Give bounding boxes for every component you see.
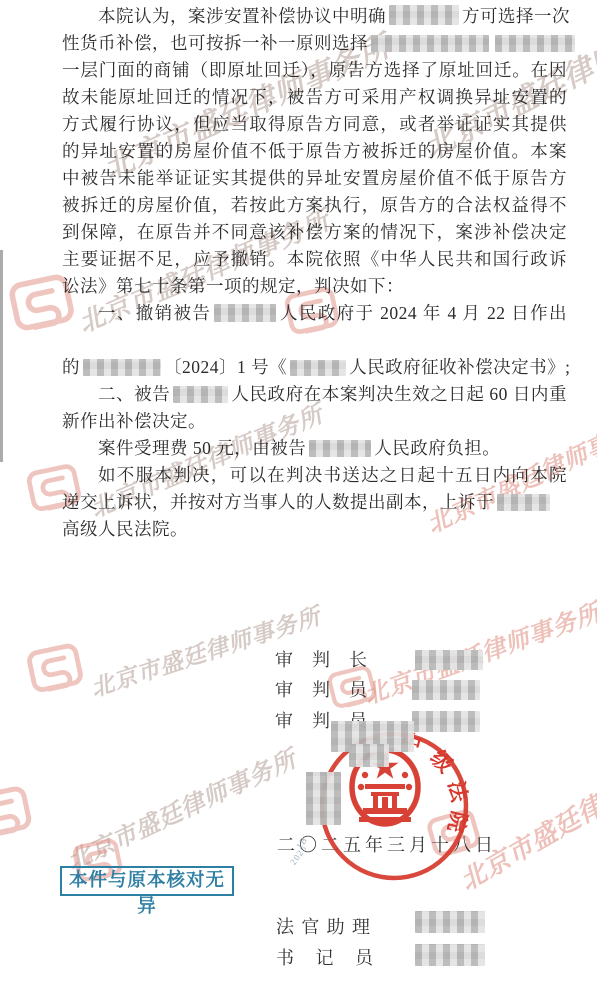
document-text: 性货币补偿，也可按拆一补一原则选择 [62, 33, 368, 53]
watermark-text: 北京市盛廷律师事务所 [63, 747, 301, 876]
redacted-text [495, 35, 575, 52]
document-text: 方可选择一次 [462, 6, 570, 26]
document-text: 二、被告 [98, 384, 170, 404]
redacted-name [415, 911, 485, 933]
document-line: 案件受理费 50 元，由被告人民政府负担。 [62, 435, 567, 462]
judge-label: 审判员 [275, 676, 367, 702]
document-text: 案件受理费 50 元，由被告 [98, 438, 306, 458]
document-text: 被拆迁的房屋价值，若按此方案执行，原告方的合法权益得不 [62, 195, 567, 215]
document-text: 如不服本判决，可以在判决书送达之日起十五日内向本院 [98, 465, 567, 485]
seal-ring-char: 院 [443, 809, 471, 835]
redacted-name [412, 711, 480, 732]
document-text: 讼法》第七十条第一项的规定，判决如下： [62, 276, 404, 296]
label-char: 助 [327, 913, 345, 939]
document-line: 如不服本判决，可以在判决书送达之日起十五日内向本院 [62, 462, 567, 489]
document-text: 故未能原址回迁的情况下，被告方可采用产权调换异址安置的 [62, 87, 567, 107]
document-line: 本院认为，案涉安置补偿协议中明确方可选择一次 [62, 3, 567, 30]
document-text: 的异址安置的房屋价值不低于原告方被拆迁的房屋价值。本案 [62, 141, 567, 161]
document-line: 故未能原址回迁的情况下，被告方可采用产权调换异址安置的 [62, 84, 567, 111]
document-line: 二、被告人民政府在本案判决生效之日起 60 日内重 [62, 381, 567, 408]
document-line: 性货币补偿，也可按拆一补一原则选择 [62, 30, 567, 57]
redacted-text [309, 440, 371, 457]
document-text: 递交上诉状，并按对方当事人的人数提出副本，上诉于 [62, 492, 494, 512]
seal-ring-char: 级 [426, 746, 458, 778]
watermark-text: 北京市盛廷律师事务所 [455, 736, 597, 896]
staff-label: 法官助理 [276, 913, 370, 939]
label-char: 审 [275, 707, 293, 733]
label-char: 书 [276, 944, 294, 970]
document-text: 到保障，在原告并不同意该补偿方案的情况下，案涉补偿决定 [62, 222, 567, 242]
law-firm-logo-icon [24, 641, 86, 695]
document-line: 一层门面的商铺（即原址回迁），原告方选择了原址回迁。在因 [62, 57, 567, 84]
document-text: 主要证据不足，应予撤销。本院依照《中华人民共和国行政诉 [62, 249, 567, 269]
redacted-seal-text [306, 772, 341, 825]
scan-edge-artifact [0, 250, 3, 462]
redacted-text [83, 359, 161, 376]
document-line: 讼法》第七十条第一项的规定，判决如下： [62, 273, 567, 300]
redacted-name [415, 944, 485, 966]
watermark-firm-name: 北京市盛廷律师事务所 [60, 739, 301, 876]
label-char: 法 [276, 913, 294, 939]
label-char: 官 [301, 913, 319, 939]
document-text: 〔2024〕1 号《 [164, 357, 287, 377]
redacted-text [389, 5, 459, 25]
document-text: 高级人民法院。 [62, 519, 188, 539]
document-line: 方式履行协议，但应当取得原告方同意，或者举证证实其提供 [62, 111, 567, 138]
document-text: 的 [62, 357, 80, 377]
document-line: 高级人民法院。 [62, 516, 567, 543]
label-char: 记 [316, 944, 334, 970]
document-line: 主要证据不足，应予撤销。本院依照《中华人民共和国行政诉 [62, 246, 567, 273]
redacted-text [371, 35, 489, 52]
document-text: 方式履行协议，但应当取得原告方同意，或者举证证实其提供 [62, 114, 567, 134]
redacted-text [290, 360, 346, 376]
document-text: 一、撤销被告 [98, 303, 211, 323]
staff-label: 书记员 [276, 944, 373, 970]
document-text: 中被告未能举证证实其提供的异址安置房屋价值不低于原告方 [62, 168, 567, 188]
document-text: 人民政府负担。 [374, 438, 500, 458]
redacted-seal-text [349, 744, 389, 767]
redacted-text [173, 386, 228, 403]
label-char: 员 [349, 676, 367, 702]
redacted-name [415, 650, 483, 670]
redacted-text [497, 494, 550, 511]
document-line: 的〔2024〕1 号《人民政府征收补偿决定书》; [62, 354, 567, 381]
label-char: 审 [275, 676, 293, 702]
label-char: 员 [355, 944, 373, 970]
redacted-text [214, 304, 276, 322]
document-text: 新作出补偿决定。 [62, 411, 206, 431]
law-firm-logo-icon [0, 783, 34, 840]
label-char: 审 [275, 646, 293, 672]
document-line: 被拆迁的房屋价值，若按此方案执行，原告方的合法权益得不 [62, 192, 567, 219]
verification-stamp: 本件与原本核对无异 [60, 866, 234, 896]
document-line: 递交上诉状，并按对方当事人的人数提出副本，上诉于 [62, 489, 567, 516]
redacted-name [412, 680, 480, 700]
document-text: 本院认为，案涉安置补偿协议中明确 [98, 6, 386, 26]
document-line: 中被告未能举证证实其提供的异址安置房屋价值不低于原告方 [62, 165, 567, 192]
document-line: 新作出补偿决定。 [62, 408, 567, 435]
judge-label: 审判长 [275, 646, 367, 672]
label-char: 长 [349, 646, 367, 672]
document-text: 一层门面的商铺（即原址回迁），原告方选择了原址回迁。在因 [62, 60, 567, 80]
document-text: 人民政府征收补偿决定书》; [349, 357, 570, 377]
court-judgment-page: 北京市盛廷律师事务所北京市盛廷律师事务所 北京市盛廷律师事务所 北京市盛廷律师事… [0, 0, 597, 986]
document-line: 到保障，在原告并不同意该补偿方案的情况下，案涉补偿决定 [62, 219, 567, 246]
document-body: 本院认为，案涉安置补偿协议中明确方可选择一次性货币补偿，也可按拆一补一原则选择一… [62, 3, 567, 543]
label-char: 判 [312, 646, 330, 672]
document-line: 一、撤销被告人民政府于 2024 年 4 月 22 日作出 [62, 300, 567, 327]
document-text: 人民政府于 2024 年 4 月 22 日作出 [279, 303, 567, 323]
document-line: 的异址安置的房屋价值不低于原告方被拆迁的房屋价值。本案 [62, 138, 567, 165]
label-char: 判 [312, 676, 330, 702]
label-char: 理 [352, 913, 370, 939]
document-text: 人民政府在本案判决生效之日起 60 日内重 [231, 384, 567, 404]
